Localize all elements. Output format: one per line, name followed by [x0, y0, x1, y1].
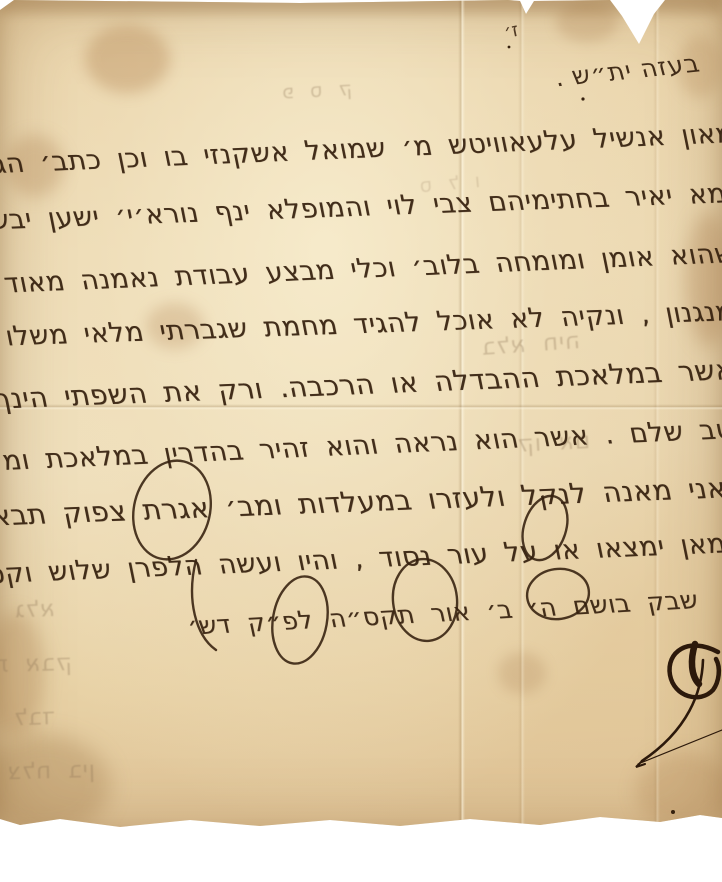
- stain: [636, 752, 722, 830]
- fold-crease-vertical: [458, 0, 465, 836]
- bleedthrough-line: פ ס ק: [281, 78, 353, 104]
- handwritten-line: מאון אנשיל עלעאוויטש מ׳ שמואל אשקנזי בו …: [0, 118, 722, 187]
- fold-crease-vertical: [518, 0, 525, 836]
- bleedthrough-line: והנה בך אלה קום אינו צלח בין: [0, 757, 95, 793]
- handwritten-line: מנגנון , ונקיה לא אוכל להגיד מחמת שגברתי…: [0, 296, 722, 357]
- stain: [0, 0, 722, 14]
- letter-paper: פ ס ק בלא חיה קו אם ומ׳ אצלה בלה קוראים …: [0, 0, 722, 836]
- dateline: שבק בושם ה׳ ב׳ אור תקס״ה לפ״ק דש׳: [185, 585, 701, 640]
- bleedthrough-line: ומ׳ אצלה בלה קוראים דינים אחים גלא: [0, 596, 55, 638]
- handwritten-line: אשר במלאכת ההבדלה או הרכבה. ורק את השפתי…: [0, 353, 722, 420]
- stain: [556, 2, 618, 42]
- stain: [498, 652, 546, 694]
- handwritten-line: ומאן ימצאו או על עור נסוד , והיו ועשה הל…: [0, 528, 722, 594]
- stain: [85, 25, 170, 93]
- bleedthrough-line: מאת ב׳ בזו א׳ נבא היבות אבות אבק: [0, 650, 72, 688]
- letter-heading: בעזה ית״ש .: [551, 49, 704, 93]
- bleedthrough-line: בשלום בב׳ צבא מלוה אנו אחים לבד: [0, 704, 55, 745]
- corner-mark: ז׳: [502, 19, 521, 44]
- handwritten-line: טב שלם . אשר הוא נראה והוא זהיר בהדרין ב…: [0, 414, 722, 479]
- scanned-letter: פ ס ק בלא חיה קו אם ומ׳ אצלה בלה קוראים …: [0, 0, 722, 882]
- handwritten-line: שהוא אומן ומומחה בלוב׳ וכלי מבצע עבודת נ…: [0, 238, 722, 306]
- handwritten-line: ומא יאיר בחתימיהם צבי לוי והמופלא ינף נו…: [0, 178, 722, 241]
- handwritten-line: ואני מאנה לנקל ולעזרו במעלדות ומב׳ אגרת …: [0, 471, 722, 536]
